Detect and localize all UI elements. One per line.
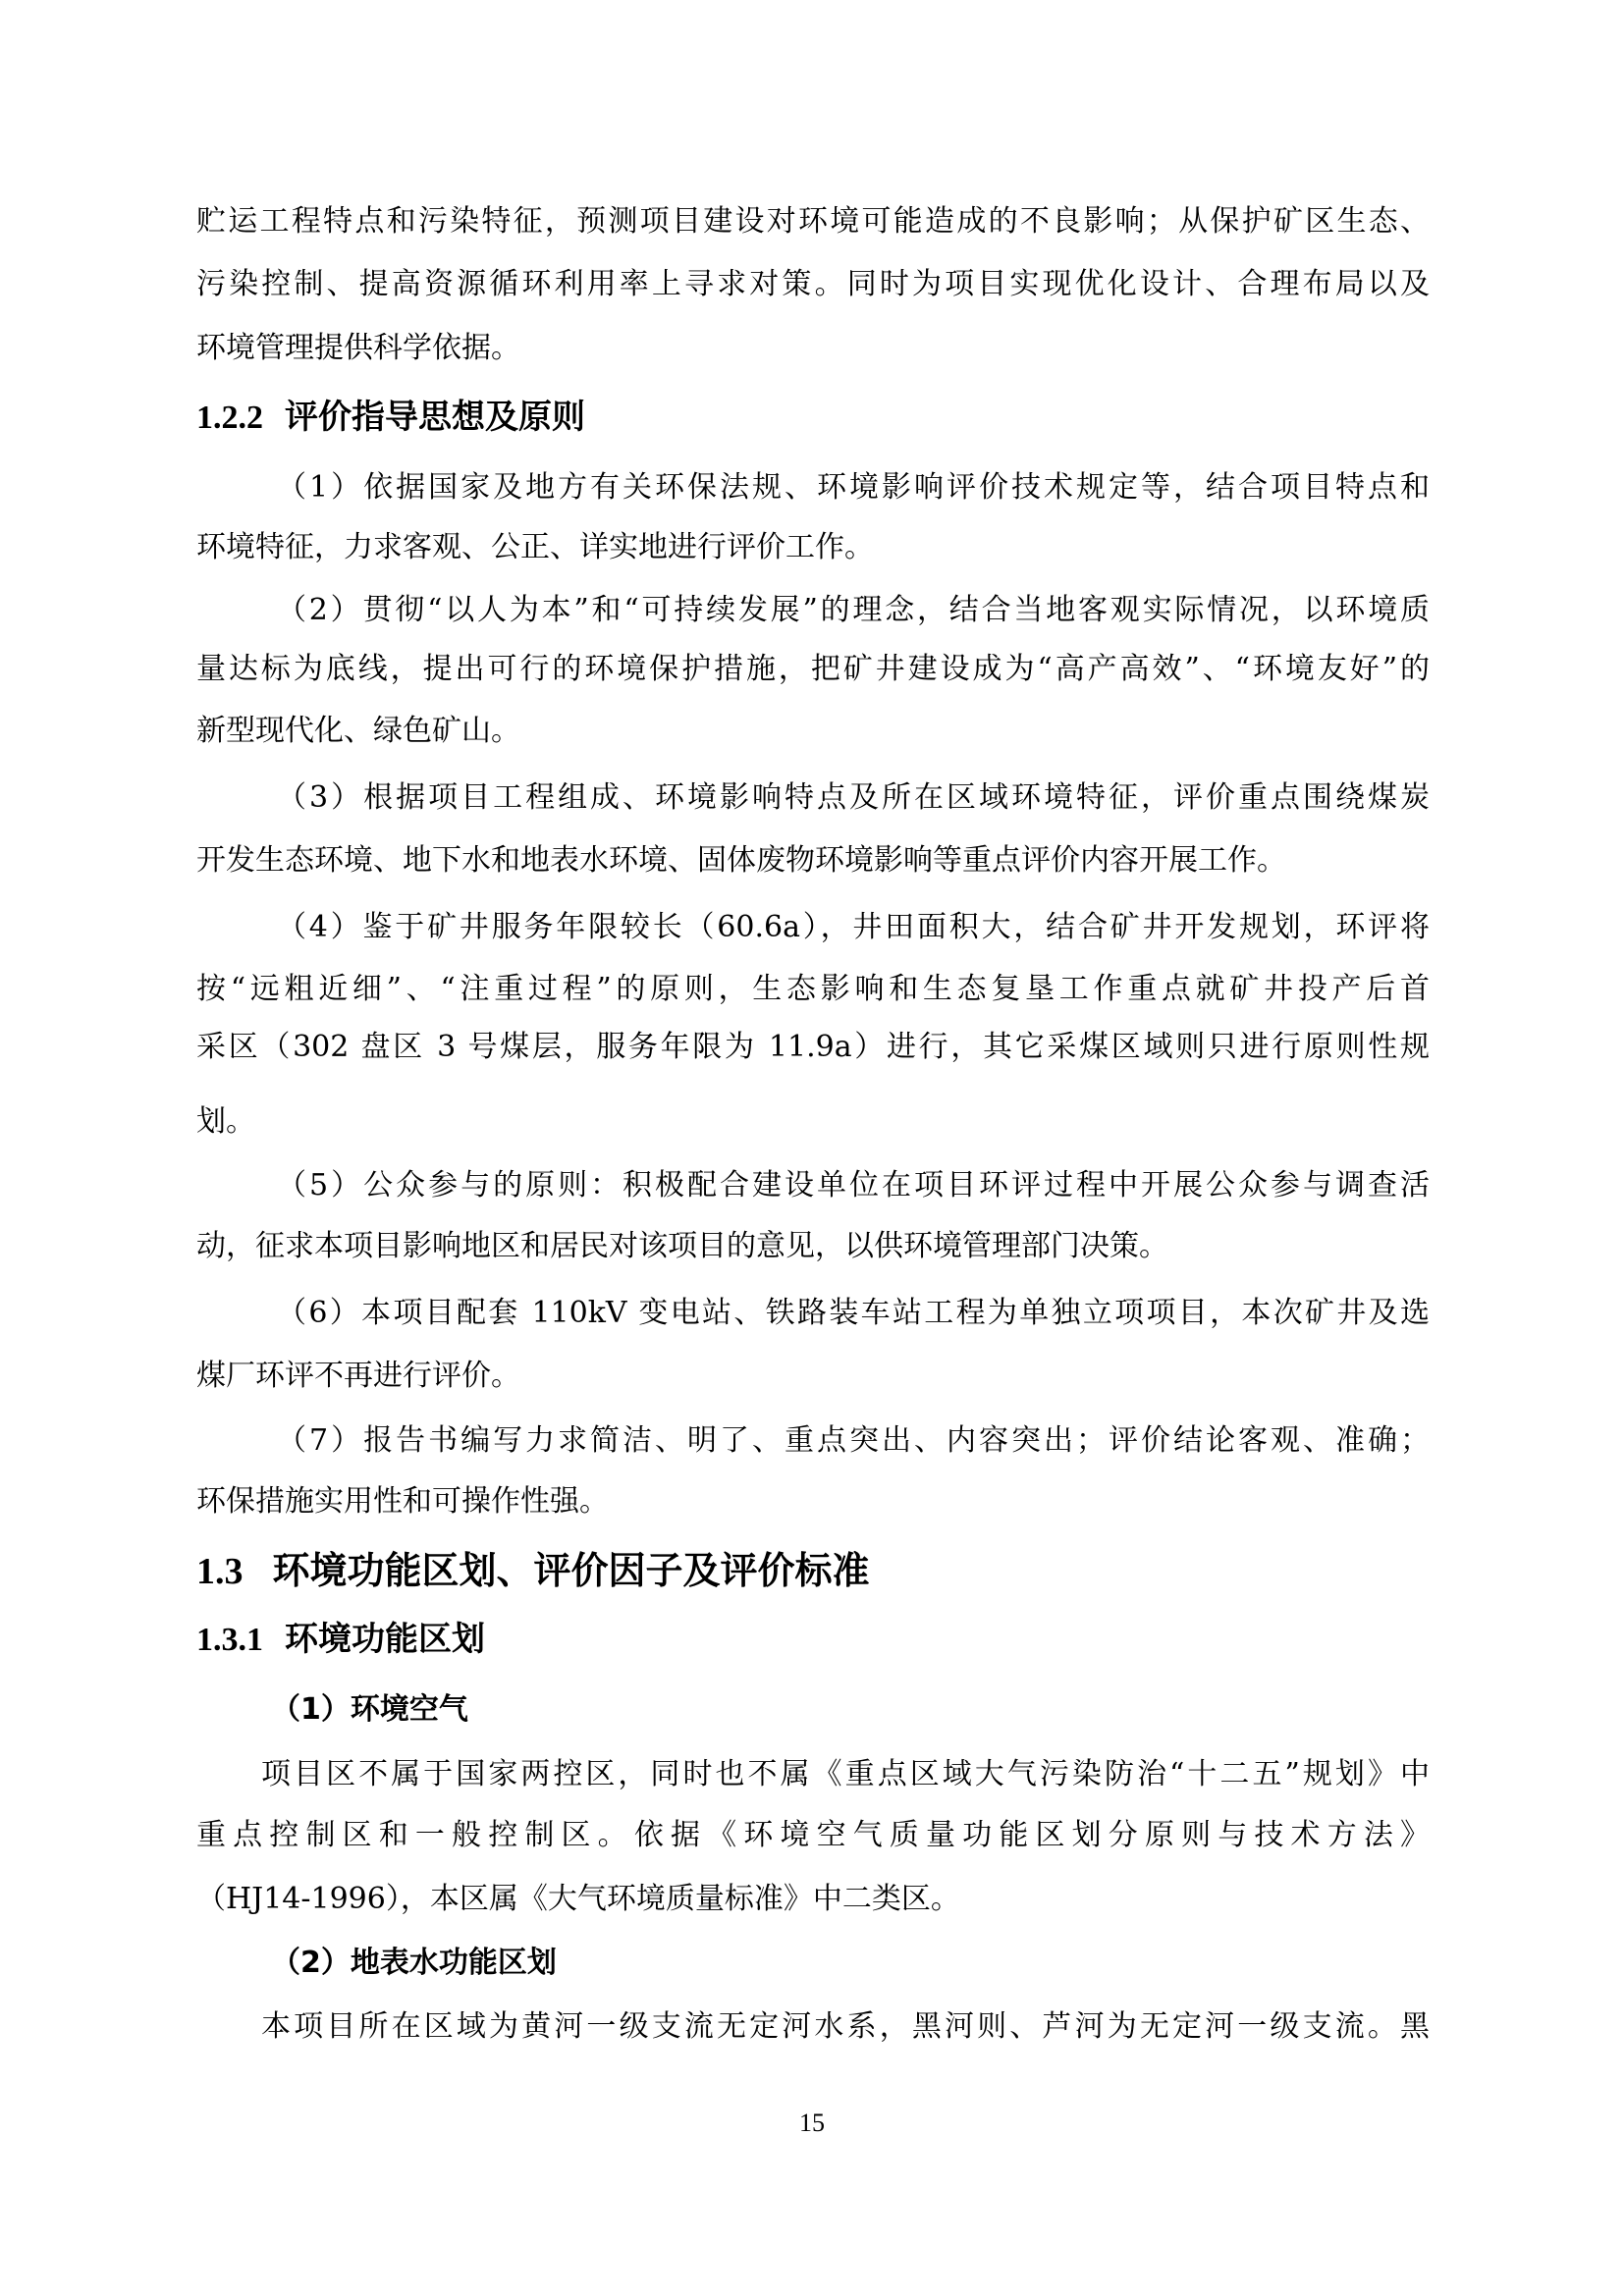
air-line-3: （HJ14-1996），本区属《大气环境质量标准》中二类区。 <box>196 1878 1430 1921</box>
principle-2-line-3: 新型现代化、绿色矿山。 <box>196 710 1430 753</box>
subheading-surface-water: （2）地表水功能区划 <box>271 1942 557 1985</box>
document-page: 贮运工程特点和污染特征，预测项目建设对环境可能造成的不良影响；从保护矿区生态、 … <box>0 0 1624 2296</box>
air-line-2: 重点控制区和一般控制区。依据《环境空气质量功能区划分原则与技术方法》 <box>196 1814 1430 1857</box>
principle-4-line-3: 采区（302 盘区 3 号煤层，服务年限为 11.9a）进行，其它采煤区域则只进… <box>196 1026 1430 1069</box>
principle-1-line-1: （1）依据国家及地方有关环保法规、环境影响评价技术规定等，结合项目特点和 <box>277 466 1430 509</box>
principle-1-line-2: 环境特征，力求客观、公正、详实地进行评价工作。 <box>196 526 1430 569</box>
section-heading-1-2-2: 1.2.2评价指导思想及原则 <box>196 393 585 442</box>
section-heading-1-3-1: 1.3.1环境功能区划 <box>196 1615 485 1664</box>
principle-4-line-4: 划。 <box>196 1100 1430 1144</box>
section-number: 1.3 <box>196 1551 244 1592</box>
section-number: 1.3.1 <box>196 1622 263 1658</box>
principle-2-line-2: 量达标为底线，提出可行的环境保护措施，把矿井建设成为“高产高效”、“环境友好”的 <box>196 648 1430 691</box>
principle-7-line-2: 环保措施实用性和可操作性强。 <box>196 1480 1430 1523</box>
page-number: 15 <box>0 2109 1624 2138</box>
air-line-1: 项目区不属于国家两控区，同时也不属《重点区域大气污染防治“十二五”规划》中 <box>261 1753 1430 1796</box>
water-line-1: 本项目所在区域为黄河一级支流无定河水系，黑河则、芦河为无定河一级支流。黑 <box>261 2005 1430 2049</box>
intro-line-1: 贮运工程特点和污染特征，预测项目建设对环境可能造成的不良影响；从保护矿区生态、 <box>196 200 1430 243</box>
principle-4-line-2: 按“远粗近细”、“注重过程”的原则，生态影响和生态复垦工作重点就矿井投产后首 <box>196 968 1430 1011</box>
section-heading-1-3: 1.3环境功能区划、评价因子及评价标准 <box>196 1543 870 1598</box>
subheading-ambient-air: （1）环境空气 <box>271 1688 468 1732</box>
principle-6-line-1: （6）本项目配套 110kV 变电站、铁路装车站工程为单独立项项目，本次矿井及选 <box>277 1292 1430 1335</box>
section-title: 评价指导思想及原则 <box>285 398 585 437</box>
intro-line-3: 环境管理提供科学依据。 <box>196 327 1430 370</box>
intro-line-2: 污染控制、提高资源循环利用率上寻求对策。同时为项目实现优化设计、合理布局以及 <box>196 263 1430 306</box>
section-number: 1.2.2 <box>196 400 263 436</box>
section-title: 环境功能区划、评价因子及评价标准 <box>273 1549 870 1592</box>
principle-3-line-2: 开发生态环境、地下水和地表水环境、固体废物环境影响等重点评价内容开展工作。 <box>196 839 1430 882</box>
principle-2-line-1: （2）贯彻“以人为本”和“可持续发展”的理念，结合当地客观实际情况，以环境质 <box>277 589 1430 632</box>
section-title: 环境功能区划 <box>285 1620 485 1659</box>
principle-6-line-2: 煤厂环评不再进行评价。 <box>196 1355 1430 1398</box>
principle-4-line-1: （4）鉴于矿井服务年限较长（60.6a），井田面积大，结合矿井开发规划，环评将 <box>277 906 1430 949</box>
principle-7-line-1: （7）报告书编写力求简洁、明了、重点突出、内容突出；评价结论客观、准确； <box>277 1419 1430 1463</box>
principle-3-line-1: （3）根据项目工程组成、环境影响特点及所在区域环境特征，评价重点围绕煤炭 <box>277 776 1430 820</box>
principle-5-line-1: （5）公众参与的原则：积极配合建设单位在项目环评过程中开展公众参与调查活 <box>277 1164 1430 1207</box>
principle-5-line-2: 动，征求本项目影响地区和居民对该项目的意见，以供环境管理部门决策。 <box>196 1225 1430 1268</box>
